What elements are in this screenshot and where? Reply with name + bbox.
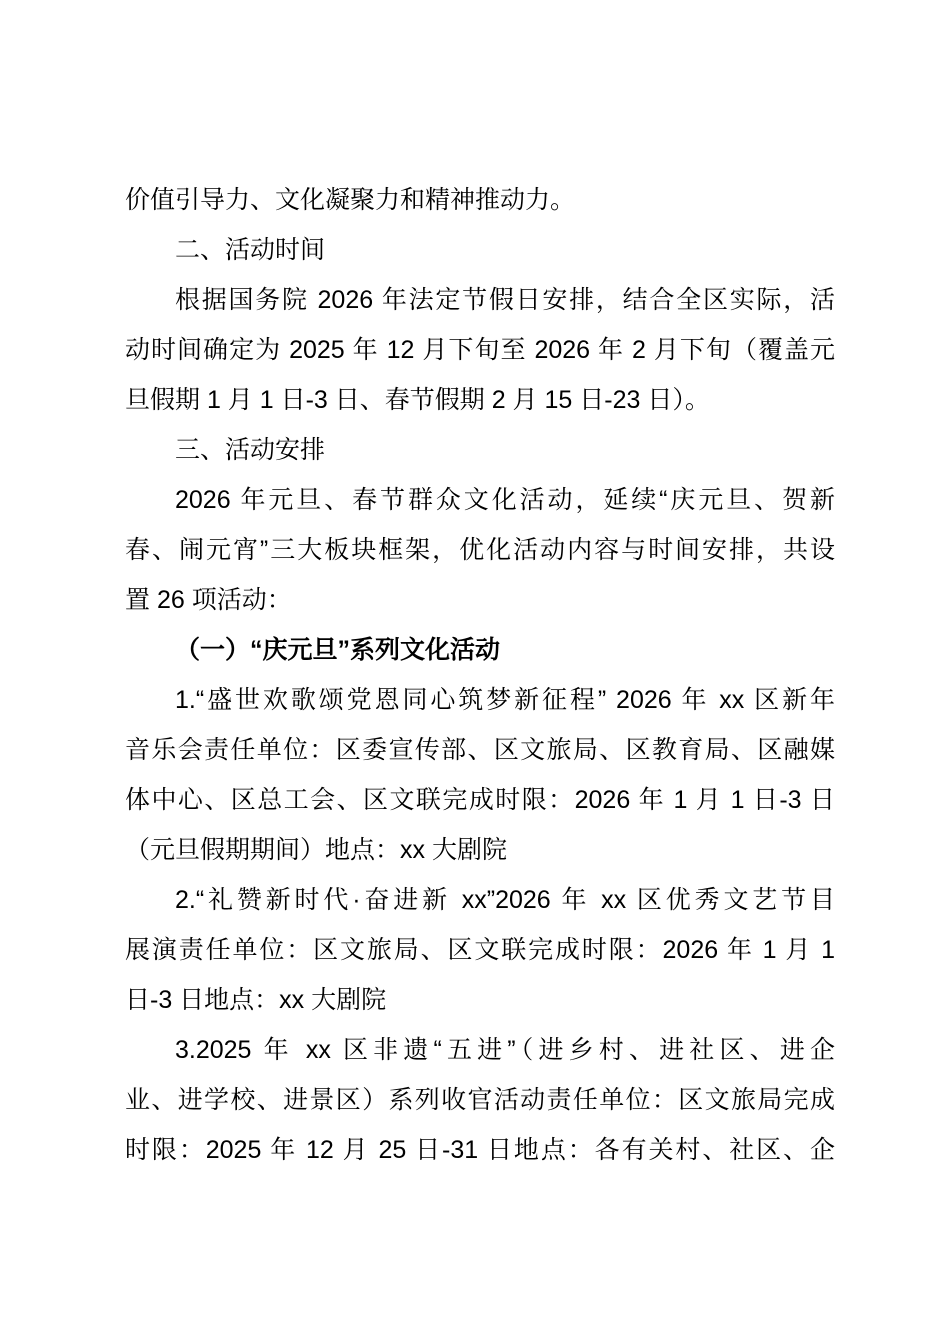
text-line: 旦假期 1 月 1 日-3 日、春节假期 2 月 15 日-23 日）。: [125, 375, 835, 425]
text-line: 业、进学校、进景区）系列收官活动责任单位：区文旅局完成: [125, 1075, 835, 1125]
heading-section-3-activity-arrangement: 三、活动安排: [125, 425, 835, 475]
text-line: 展演责任单位：区文旅局、区文联完成时限：2026 年 1 月 1: [125, 925, 835, 975]
para-activity-item-2-excellent-programs-show: 2.“礼赞新时代·奋进新 xx”2026 年 xx 区优秀文艺节目展演责任单位：…: [125, 875, 835, 1025]
text-line: 春、闹元宵”三大板块框架，优化活动内容与时间安排，共设: [125, 525, 835, 575]
document-content: 价值引导力、文化凝聚力和精神推动力。二、活动时间根据国务院 2026 年法定节假…: [125, 175, 835, 1175]
text-line: 根据国务院 2026 年法定节假日安排，结合全区实际，活: [125, 275, 835, 325]
para-activity-item-1-new-year-concert: 1.“盛世欢歌颂党恩同心筑梦新征程” 2026 年 xx 区新年音乐会责任单位：…: [125, 675, 835, 875]
text-line: （元旦假期期间）地点：xx 大剧院: [125, 825, 835, 875]
text-line: 2026 年元旦、春节群众文化活动，延续“庆元旦、贺新: [125, 475, 835, 525]
text-line: 二、活动时间: [125, 225, 835, 275]
heading-section-2-activity-time: 二、活动时间: [125, 225, 835, 275]
text-line: 日-3 日地点：xx 大剧院: [125, 975, 835, 1025]
text-line: 音乐会责任单位：区委宣传部、区文旅局、区教育局、区融媒: [125, 725, 835, 775]
text-line: 3.2025 年 xx 区非遗“五进”（进乡村、进社区、进企: [125, 1025, 835, 1075]
heading-subsection-1-qingyuandan-series: （一）“庆元旦”系列文化活动: [125, 625, 835, 675]
para-activity-time: 根据国务院 2026 年法定节假日安排，结合全区实际，活动时间确定为 2025 …: [125, 275, 835, 425]
para-activity-item-3-intangible-heritage-wujin: 3.2025 年 xx 区非遗“五进”（进乡村、进社区、进企业、进学校、进景区）…: [125, 1025, 835, 1175]
text-line: 2.“礼赞新时代·奋进新 xx”2026 年 xx 区优秀文艺节目: [125, 875, 835, 925]
text-line: 时限：2025 年 12 月 25 日-31 日地点：各有关村、社区、企: [125, 1125, 835, 1175]
text-line: 置 26 项活动：: [125, 575, 835, 625]
document-page: 价值引导力、文化凝聚力和精神推动力。二、活动时间根据国务院 2026 年法定节假…: [0, 0, 950, 1344]
para-continued-from-previous-page: 价值引导力、文化凝聚力和精神推动力。: [125, 175, 835, 225]
para-activity-arrangement-overview: 2026 年元旦、春节群众文化活动，延续“庆元旦、贺新春、闹元宵”三大板块框架，…: [125, 475, 835, 625]
text-line: 三、活动安排: [125, 425, 835, 475]
text-line: 体中心、区总工会、区文联完成时限：2026 年 1 月 1 日-3 日: [125, 775, 835, 825]
text-line: 1.“盛世欢歌颂党恩同心筑梦新征程” 2026 年 xx 区新年: [125, 675, 835, 725]
text-line: 价值引导力、文化凝聚力和精神推动力。: [125, 175, 835, 225]
text-line: （一）“庆元旦”系列文化活动: [125, 625, 835, 675]
text-line: 动时间确定为 2025 年 12 月下旬至 2026 年 2 月下旬（覆盖元: [125, 325, 835, 375]
